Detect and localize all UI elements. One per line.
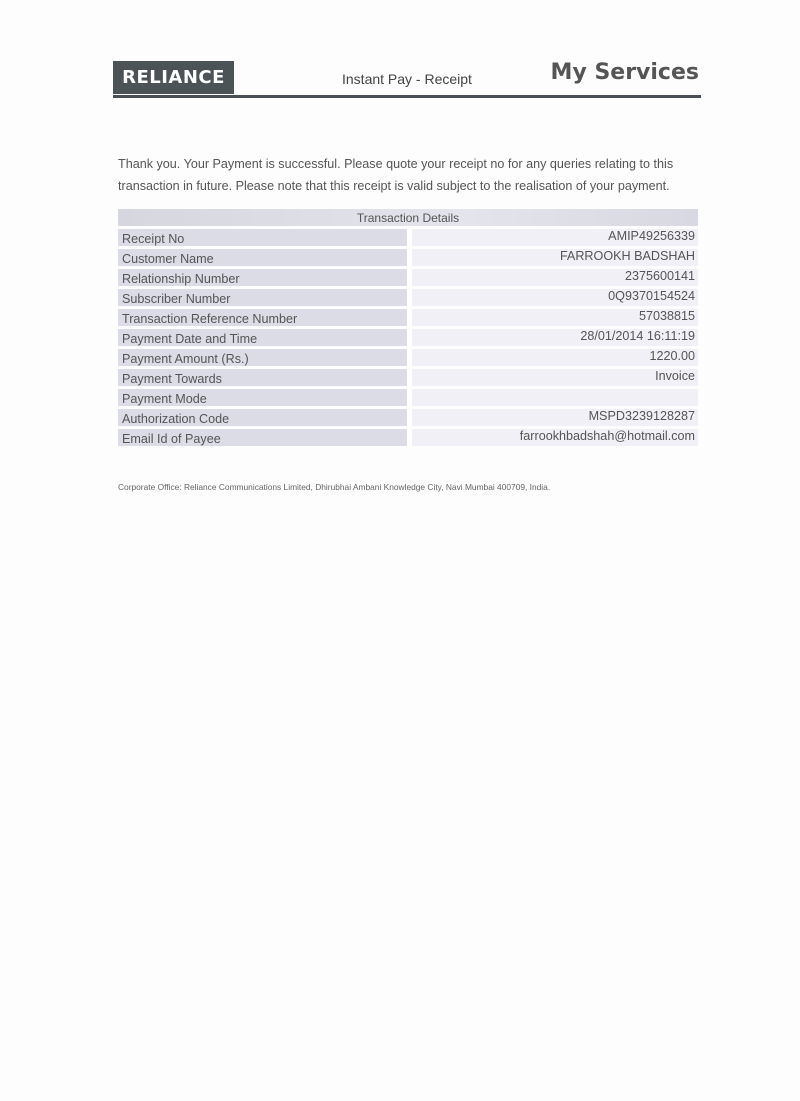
row-label: Payment Amount (Rs.): [118, 349, 407, 366]
receipt-page: RELIANCE Instant Pay - Receipt My Servic…: [0, 0, 800, 1101]
row-value: farrookhbadshah@hotmail.com: [412, 429, 698, 446]
row-value: 57038815: [412, 309, 698, 326]
row-label: Payment Towards: [118, 369, 407, 386]
row-label: Customer Name: [118, 249, 407, 266]
row-value: 0Q9370154524: [412, 289, 698, 306]
row-label: Authorization Code: [118, 409, 407, 426]
table-row: Subscriber Number 0Q9370154524: [118, 289, 698, 306]
transaction-details-table: Transaction Details Receipt No AMIP49256…: [118, 209, 698, 449]
table-row: Email Id of Payee farrookhbadshah@hotmai…: [118, 429, 698, 446]
header-divider: [113, 95, 701, 98]
row-value: [412, 389, 698, 406]
table-row: Payment Amount (Rs.) 1220.00: [118, 349, 698, 366]
table-row: Payment Mode: [118, 389, 698, 406]
table-row: Transaction Reference Number 57038815: [118, 309, 698, 326]
table-row: Payment Towards Invoice: [118, 369, 698, 386]
table-row: Authorization Code MSPD3239128287: [118, 409, 698, 426]
row-value: FARROOKH BADSHAH: [412, 249, 698, 266]
row-label: Payment Mode: [118, 389, 407, 406]
row-label: Relationship Number: [118, 269, 407, 286]
table-title: Transaction Details: [118, 209, 698, 226]
row-value: 28/01/2014 16:11:19: [412, 329, 698, 346]
row-value: 2375600141: [412, 269, 698, 286]
receipt-title: Instant Pay - Receipt: [342, 71, 472, 87]
row-value: Invoice: [412, 369, 698, 386]
table-row: Relationship Number 2375600141: [118, 269, 698, 286]
table-row: Receipt No AMIP49256339: [118, 229, 698, 246]
row-label: Payment Date and Time: [118, 329, 407, 346]
table-row: Payment Date and Time 28/01/2014 16:11:1…: [118, 329, 698, 346]
row-label: Email Id of Payee: [118, 429, 407, 446]
row-label: Transaction Reference Number: [118, 309, 407, 326]
row-value: MSPD3239128287: [412, 409, 698, 426]
row-value: AMIP49256339: [412, 229, 698, 246]
table-row: Customer Name FARROOKH BADSHAH: [118, 249, 698, 266]
reliance-logo: RELIANCE: [113, 61, 234, 94]
row-label: Receipt No: [118, 229, 407, 246]
row-value: 1220.00: [412, 349, 698, 366]
receipt-header: RELIANCE Instant Pay - Receipt My Servic…: [113, 60, 701, 100]
success-message: Thank you. Your Payment is successful. P…: [118, 153, 718, 197]
brand-title: My Services: [551, 60, 699, 85]
logo-text: RELIANCE: [122, 67, 225, 88]
corporate-office-address: Corporate Office: Reliance Communication…: [118, 482, 550, 492]
row-label: Subscriber Number: [118, 289, 407, 306]
